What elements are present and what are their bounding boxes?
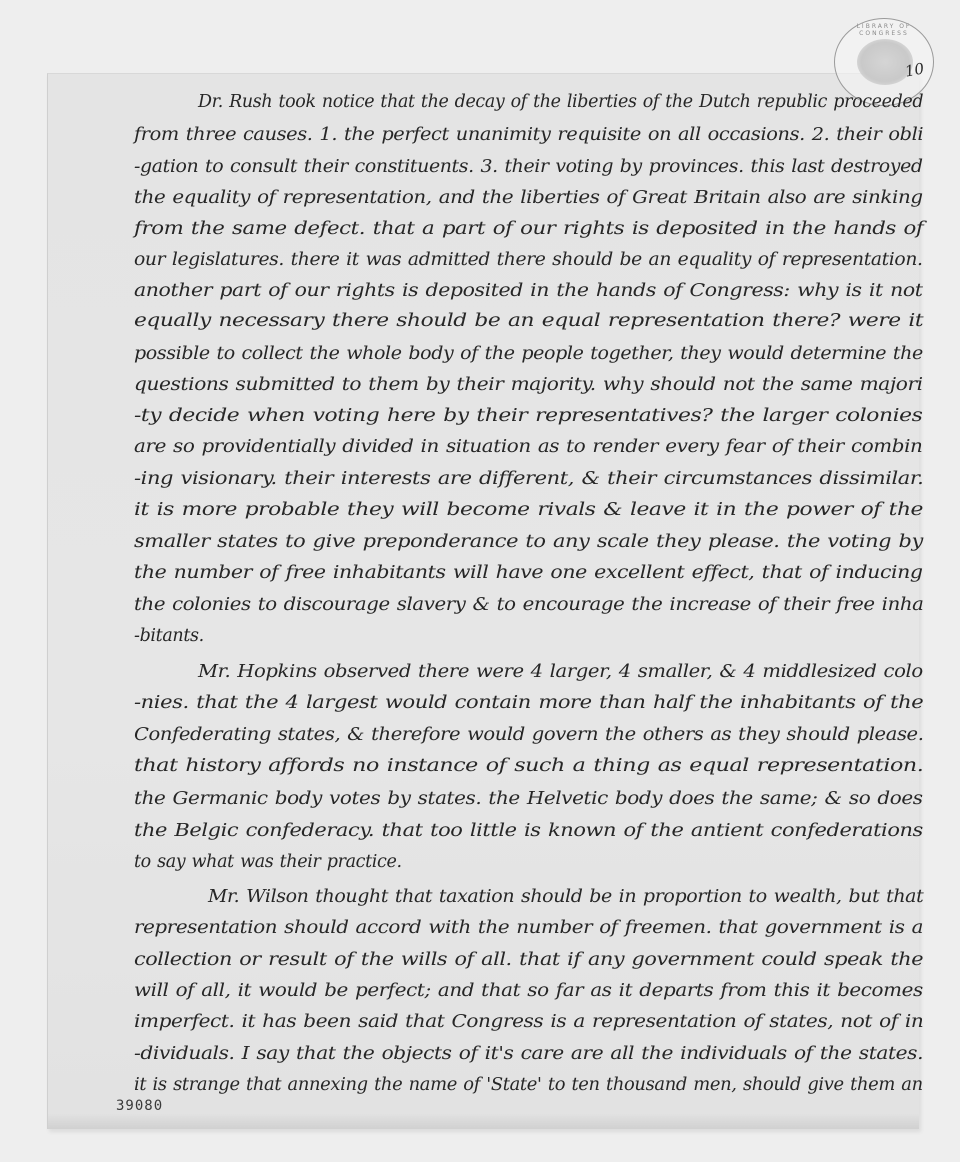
- manuscript-line: smaller states to give preponderance to …: [134, 534, 923, 552]
- manuscript-line: the Belgic confederacy. that too little …: [134, 823, 923, 841]
- manuscript-line: -dividuals. I say that the objects of it…: [134, 1046, 923, 1064]
- manuscript-line: -bitants.: [134, 628, 204, 646]
- manuscript-line: that history affords no instance of such…: [134, 758, 923, 776]
- manuscript-line: representation should accord with the nu…: [134, 920, 923, 938]
- manuscript-line: possible to collect the whole body of th…: [134, 346, 923, 364]
- archive-number: 39080: [116, 1098, 163, 1114]
- manuscript-line: it is strange that annexing the name of …: [134, 1077, 923, 1095]
- manuscript-line: it is more probable they will become riv…: [134, 502, 923, 520]
- manuscript-line: from the same defect. that a part of our…: [134, 221, 923, 239]
- manuscript-line: our legislatures. there it was admitted …: [134, 252, 923, 270]
- manuscript-line: Mr. Wilson thought that taxation should …: [208, 889, 923, 907]
- manuscript-line: Mr. Hopkins observed there were 4 larger…: [198, 664, 923, 682]
- manuscript-line: the number of free inhabitants will have…: [134, 565, 923, 583]
- manuscript-line: collection or result of the wills of all…: [134, 952, 923, 970]
- stamp-text: LIBRARY OF CONGRESS: [835, 23, 933, 37]
- manuscript-line: equally necessary there should be an equ…: [134, 313, 923, 331]
- manuscript-line: are so providentially divided in situati…: [134, 439, 922, 457]
- manuscript-line: imperfect. it has been said that Congres…: [134, 1014, 923, 1032]
- manuscript-line: Dr. Rush took notice that the decay of t…: [198, 94, 923, 112]
- manuscript-line: the Germanic body votes by states. the H…: [134, 791, 923, 809]
- manuscript-line: Confederating states, & therefore would …: [134, 727, 924, 745]
- manuscript-line: from three causes. 1. the perfect unanim…: [134, 127, 923, 145]
- manuscript-line: -ing visionary. their interests are diff…: [134, 471, 923, 489]
- manuscript-line: questions submitted to them by their maj…: [134, 377, 923, 395]
- folio-number: 10: [904, 59, 926, 80]
- manuscript-line: -ty decide when voting here by their rep…: [134, 408, 922, 426]
- manuscript-line: to say what was their practice.: [134, 854, 402, 872]
- manuscript-line: -gation to consult their constituents. 3…: [134, 159, 923, 177]
- manuscript-line: another part of our rights is deposited …: [134, 283, 923, 301]
- manuscript-line: the equality of representation, and the …: [134, 190, 923, 208]
- manuscript-line: the colonies to discourage slavery & to …: [134, 597, 924, 615]
- manuscript-line: -nies. that the 4 largest would contain …: [134, 695, 923, 713]
- manuscript-line: will of all, it would be perfect; and th…: [134, 983, 923, 1001]
